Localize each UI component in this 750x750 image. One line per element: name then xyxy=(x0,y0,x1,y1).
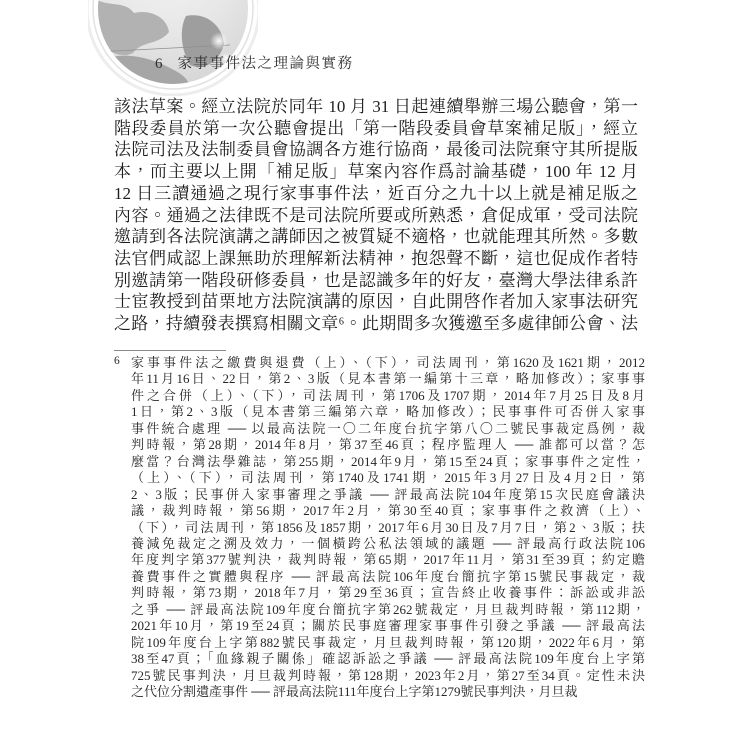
footnote-line: （上）、（下），司法周刊，第1740及1741期，2015年3月27日及4月2日… xyxy=(131,470,645,486)
footnote-marker: 6 xyxy=(114,354,120,368)
page-number: 6 xyxy=(155,56,163,73)
body-line: 邀請到各法院演講之講師因之被質疑不適格，也就能理其所然。多數 xyxy=(114,226,638,248)
footnote-line: 之爭 ── 評最高法院109年度台簡抗字第262號裁定，月旦裁判時報，第112期… xyxy=(131,602,645,618)
footnote-line: 年度判字第377號判決，裁判時報，第65期，2017年11月，第31至39頁；約… xyxy=(131,552,645,568)
footnote-line: 事件統合處理 ── 以最高法院一〇二年度台抗字第八〇二號民事裁定爲例，裁 xyxy=(131,421,645,437)
footnote-line: 議，裁判時報，第56期，2017年2月，第30至40頁；家事事件之救濟（上）、 xyxy=(131,503,645,519)
footnote-line: （下），司法周刊，第1856及1857期，2017年6月30日及7月7日，第2、… xyxy=(131,520,645,536)
page-header: 6 家事事件法之理論與實務 xyxy=(155,52,354,72)
footnote-line: 院109年度台上字第882號民事裁定，月旦裁判時報，第120期，2022年6月，… xyxy=(131,635,645,651)
footnote-line: 家事事件法之繳費與退費（上）、（下），司法周刊，第1620及1621期，2012 xyxy=(131,355,645,371)
body-line: 階段委員於第一次公聽會提出「第一階段委員會草案補足版」，經立 xyxy=(114,118,638,140)
footnote-line: 養減免裁定之溯及效力，一個橫跨公私法領域的議題 ── 評最高行政法院106 xyxy=(131,536,645,552)
footnote-line: 件之合併（上）、（下），司法周刊，第1706及1707期，2014年7月25日及… xyxy=(131,388,645,404)
footnote-line: 之代位分割遺產事件 ── 評最高法院111年度台上字第1279號民事判決，月旦裁 xyxy=(131,684,645,700)
body-line: 法院司法及法制委員會協調各方進行協商，最後司法院棄守其所提版 xyxy=(114,139,638,161)
body-line: 該法草案。經立法院於同年 10 月 31 日起連續舉辦三場公聽會，第一 xyxy=(114,96,638,118)
book-title: 家事事件法之理論與實務 xyxy=(178,52,354,73)
body-line: 12 日三讀通過之現行家事事件法，近百分之九十以上就是補足版之 xyxy=(114,183,638,205)
body-line: 內容。通過之法律既不是司法院所要或所熟悉，倉促成軍，受司法院 xyxy=(114,205,638,227)
footnote-line: 725號民事判決，月旦裁判時報，第128期，2023年2月，第27至34頁。定性… xyxy=(131,668,645,684)
footnote-line: 1日，第2、3版（見本書第三編第六章，略加修改）；民事事件可否併入家事 xyxy=(131,404,645,420)
body-line: 士宦教授到苗栗地方法院演講的原因，自此開啓作者加入家事法研究 xyxy=(114,291,638,313)
footnote-line: 2021年10月，第19至24頁；關於民事庭審理家事事件引發之爭議 ── 評最高… xyxy=(131,618,645,634)
footnote-line: 判時報，第28期，2014年8月，第37至46頁；程序監理人 ── 誰都可以當？… xyxy=(131,437,645,453)
body-text: 該法草案。經立法院於同年 10 月 31 日起連續舉辦三場公聽會，第一階段委員於… xyxy=(114,96,638,335)
footnote-line: 2、3版；民事併入家事審理之爭議 ── 評最高法院104年度第15次民庭會議決 xyxy=(131,487,645,503)
footnote: 6 家事事件法之繳費與退費（上）、（下），司法周刊，第1620及1621期，20… xyxy=(131,355,645,701)
footnote-line: 養費事件之實體與程序 ── 評最高法院106年度台簡抗字第15號民事裁定，裁 xyxy=(131,569,645,585)
footnote-line: 麼當？台灣法學雜誌，第255期，2014年9月，第15至24頁；家事事件之定性， xyxy=(131,454,645,470)
body-line: 本，而主要以上開「補足版」草案內容作爲討論基礎，100 年 12 月 xyxy=(114,161,638,183)
body-line: 之路，持續發表撰寫相關文章⁶。此期間多次獲邀至多處律師公會、法 xyxy=(114,313,638,335)
footnote-line: 年11月16日、22日，第2、3版（見本書第一編第十三章，略加修改）；家事事 xyxy=(131,371,645,387)
footnote-divider xyxy=(114,350,226,351)
book-page: 6 家事事件法之理論與實務 該法草案。經立法院於同年 10 月 31 日起連續舉… xyxy=(0,0,750,750)
footnote-line: 38至47頁；「血緣親子關係」確認訴訟之爭議 ── 評最高法院109年度台上字第 xyxy=(131,651,645,667)
footnote-line: 判時報，第73期，2018年7月，第29至36頁；宣告終止收養事件：訴訟或非訟 xyxy=(131,585,645,601)
footnote-lines: 家事事件法之繳費與退費（上）、（下），司法周刊，第1620及1621期，2012… xyxy=(131,355,645,701)
globe-watermark-icon xyxy=(88,0,258,96)
body-line: 法官們咸認上課無助於理解新法精神，抱怨聲不斷，這也促成作者特 xyxy=(114,248,638,270)
body-line: 別邀請第一階段研修委員，也是認識多年的好友，臺灣大學法律系許 xyxy=(114,270,638,292)
